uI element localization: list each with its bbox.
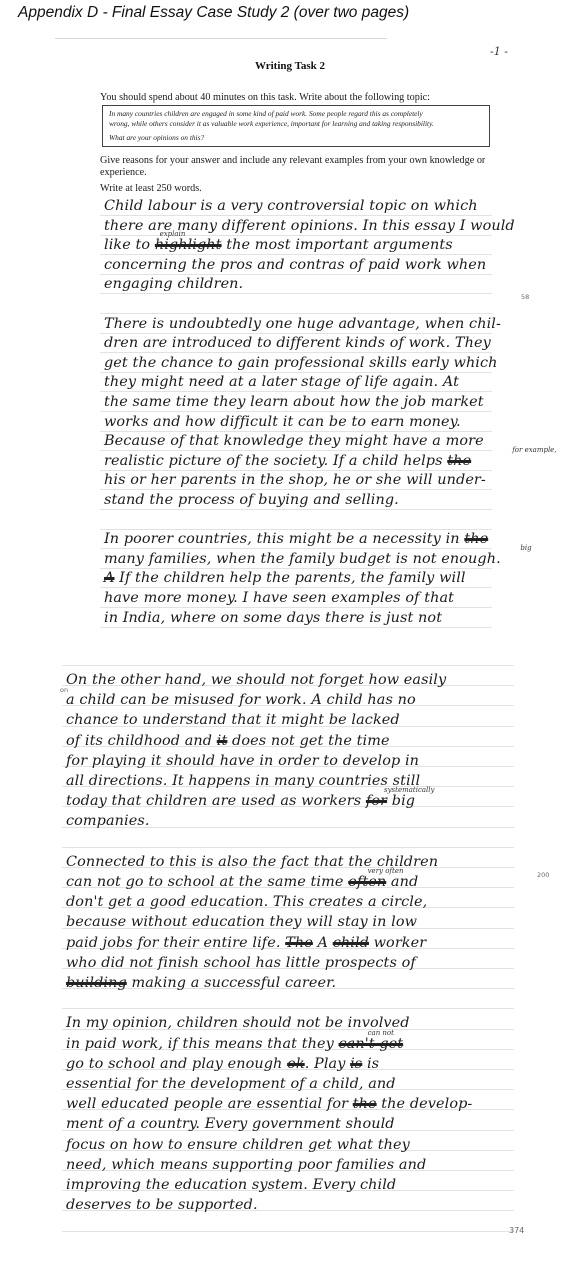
- essay-line: chance to understand that it might be la…: [66, 712, 400, 728]
- essay-line: can not go to school at the same time of…: [66, 874, 418, 890]
- ruled-line: [62, 847, 514, 848]
- essay-text: the same time they learn about how the j…: [104, 394, 484, 410]
- essay-text: If the children help the parents, the fa…: [115, 570, 466, 586]
- ruled-line: [100, 548, 492, 549]
- essay-text: dren are introduced to different kinds o…: [104, 335, 491, 351]
- ruled-line: [100, 391, 492, 392]
- essay-text: making a successful career.: [127, 975, 336, 991]
- essay-line: have more money. I have seen examples of…: [104, 590, 454, 606]
- essay-line: Because of that knowledge they might hav…: [104, 433, 484, 449]
- essay-line: in India, where on some days there is ju…: [104, 610, 442, 626]
- essay-line: because without education they will stay…: [66, 914, 417, 930]
- margin-note-word-count: 374: [509, 1226, 524, 1235]
- crossed-out-word: the: [464, 531, 488, 547]
- essay-text: of its childhood and: [66, 733, 217, 749]
- crossed-out-word: for: [366, 793, 387, 809]
- essay-line: focus on how to ensure children get what…: [66, 1137, 410, 1153]
- essay-text: need, which means supporting poor famili…: [66, 1157, 426, 1173]
- crossed-out-word: the: [353, 1096, 377, 1112]
- essay-text: all directions. It happens in many count…: [66, 773, 420, 789]
- ruled-line: [62, 665, 514, 666]
- essay-text: who did not finish school has little pro…: [66, 955, 416, 971]
- ruled-line: [100, 587, 492, 588]
- inserted-correction: systematically: [384, 786, 434, 794]
- essay-text: because without education they will stay…: [66, 914, 417, 930]
- inserted-correction: for example,: [512, 446, 556, 454]
- essay-text: can not go to school at the same time: [66, 874, 348, 890]
- essay-line: the same time they learn about how the j…: [104, 394, 484, 410]
- essay-line: go to school and play enough ok. Play is…: [66, 1056, 379, 1072]
- essay-text: big: [387, 793, 415, 809]
- crossed-out-word: often: [348, 874, 386, 890]
- ruled-line: [100, 509, 492, 510]
- reasons-line-2: experience.: [100, 167, 485, 179]
- essay-line: deserves to be supported.: [66, 1197, 258, 1213]
- essay-line: for playing it should have in order to d…: [66, 753, 419, 769]
- ruled-line: [100, 352, 492, 353]
- essay-line: stand the process of buying and selling.: [104, 492, 399, 508]
- essay-line: get the chance to gain professional skil…: [104, 355, 498, 371]
- essay-line: engaging children.: [104, 276, 243, 292]
- scan-top-divider: [55, 38, 387, 39]
- essay-text: In my opinion, children should not be in…: [66, 1015, 410, 1031]
- inserted-correction: very often: [368, 867, 404, 875]
- prompt-line-1: In many countries children are engaged i…: [109, 109, 483, 119]
- crossed-out-word: can't get: [339, 1036, 404, 1052]
- essay-line: In poorer countries, this might be a nec…: [104, 531, 488, 547]
- essay-line: who did not finish school has little pro…: [66, 955, 416, 971]
- essay-text: In poorer countries, this might be a nec…: [104, 531, 464, 547]
- essay-text: they might need at a later stage of life…: [104, 374, 459, 390]
- essay-text: don't get a good education. This creates…: [66, 894, 427, 910]
- inserted-correction: explain: [160, 230, 186, 238]
- crossed-out-word: building: [66, 975, 127, 991]
- essay-text: paid jobs for their entire life.: [66, 935, 285, 951]
- essay-line: like to highlight the most important arg…: [104, 237, 453, 253]
- essay-text: like to: [104, 237, 155, 253]
- ruled-line: [100, 333, 492, 334]
- reasons-instruction: Give reasons for your answer and include…: [100, 155, 485, 179]
- essay-line: works and how difficult it can be to ear…: [104, 414, 461, 430]
- ruled-line: [100, 372, 492, 373]
- ruled-line: [100, 293, 492, 294]
- essay-text: well educated people are essential for: [66, 1096, 353, 1112]
- essay-line: On the other hand, we should not forget …: [66, 672, 446, 688]
- margin-note-58: 58: [521, 293, 529, 301]
- essay-line: they might need at a later stage of life…: [104, 374, 459, 390]
- essay-text: worker: [369, 935, 426, 951]
- essay-text: many families, when the family budget is…: [104, 551, 501, 567]
- essay-text: have more money. I have seen examples of…: [104, 590, 454, 606]
- essay-text: . Play: [305, 1056, 350, 1072]
- crossed-out-word: The: [285, 935, 313, 951]
- essay-line: today that children are used as workers …: [66, 793, 415, 809]
- essay-text: improving the education system. Every ch…: [66, 1177, 396, 1193]
- crossed-out-word: child: [333, 935, 369, 951]
- essay-text: go to school and play enough: [66, 1056, 287, 1072]
- essay-line: ment of a country. Every government shou…: [66, 1116, 395, 1132]
- ruled-line: [100, 529, 492, 530]
- essay-text: deserves to be supported.: [66, 1197, 258, 1213]
- essay-text: ment of a country. Every government shou…: [66, 1116, 395, 1132]
- essay-text: On the other hand, we should not forget …: [66, 672, 446, 688]
- ruled-line: [100, 568, 492, 569]
- essay-text: the most important arguments: [222, 237, 453, 253]
- essay-line: There is undoubtedly one huge advantage,…: [104, 316, 501, 332]
- essay-text: is: [362, 1056, 379, 1072]
- appendix-title: Appendix D - Final Essay Case Study 2 (o…: [18, 4, 409, 22]
- task-heading: Writing Task 2: [0, 60, 580, 72]
- essay-line: realistic picture of the society. If a c…: [104, 453, 471, 469]
- ruled-line: [62, 1008, 514, 1009]
- essay-text: A: [313, 935, 333, 951]
- essay-line: a child can be misused for work. A child…: [66, 692, 416, 708]
- ruled-line: [100, 313, 492, 314]
- ruled-line: [100, 607, 492, 608]
- essay-text: the develop-: [377, 1096, 473, 1112]
- ruled-line: [100, 470, 492, 471]
- essay-text: focus on how to ensure children get what…: [66, 1137, 410, 1153]
- essay-text: in India, where on some days there is ju…: [104, 610, 442, 626]
- essay-text: Child labour is a very controversial top…: [104, 198, 478, 214]
- ruled-line: [100, 411, 492, 412]
- essay-text: works and how difficult it can be to ear…: [104, 414, 461, 430]
- essay-text: realistic picture of the society. If a c…: [104, 453, 447, 469]
- essay-line: companies.: [66, 813, 150, 829]
- essay-text: a child can be misused for work. A child…: [66, 692, 416, 708]
- essay-line: Child labour is a very controversial top…: [104, 198, 478, 214]
- crossed-out-word: A: [104, 570, 115, 586]
- crossed-out-word: ok: [287, 1056, 305, 1072]
- margin-note-200: 200: [537, 871, 549, 879]
- essay-line: concerning the pros and contras of paid …: [104, 257, 486, 273]
- essay-line: essential for the development of a child…: [66, 1076, 396, 1092]
- margin-note-on: on: [60, 686, 68, 694]
- crossed-out-word: highlight: [155, 237, 222, 253]
- essay-text: his or her parents in the shop, he or sh…: [104, 472, 486, 488]
- essay-text: essential for the development of a child…: [66, 1076, 396, 1092]
- ruled-line: [100, 450, 492, 451]
- essay-text: There is undoubtedly one huge advantage,…: [104, 316, 501, 332]
- essay-text: for playing it should have in order to d…: [66, 753, 419, 769]
- essay-line: In my opinion, children should not be in…: [66, 1015, 410, 1031]
- essay-line: need, which means supporting poor famili…: [66, 1157, 426, 1173]
- essay-line: dren are introduced to different kinds o…: [104, 335, 491, 351]
- ruled-line: [100, 254, 492, 255]
- page-number: -1 -: [490, 45, 508, 58]
- prompt-box: In many countries children are engaged i…: [102, 105, 490, 147]
- essay-line: improving the education system. Every ch…: [66, 1177, 396, 1193]
- essay-text: get the chance to gain professional skil…: [104, 355, 498, 371]
- essay-text: and: [386, 874, 418, 890]
- essay-line: paid jobs for their entire life. The A c…: [66, 935, 426, 951]
- ruled-line: [100, 431, 492, 432]
- ruled-line: [100, 215, 492, 216]
- ruled-line: [62, 1231, 514, 1232]
- essay-line: building making a successful career.: [66, 975, 336, 991]
- crossed-out-word: the: [447, 453, 471, 469]
- ruled-line: [100, 274, 492, 275]
- essay-text: stand the process of buying and selling.: [104, 492, 399, 508]
- essay-text: today that children are used as workers: [66, 793, 366, 809]
- essay-text: does not get the time: [227, 733, 389, 749]
- ruled-line: [100, 627, 492, 628]
- essay-text: Because of that knowledge they might hav…: [104, 433, 484, 449]
- essay-text: companies.: [66, 813, 150, 829]
- inserted-correction: big: [520, 544, 531, 552]
- crossed-out-word: is: [350, 1056, 362, 1072]
- inserted-correction: can not: [368, 1029, 394, 1037]
- essay-line: well educated people are essential for t…: [66, 1096, 472, 1112]
- essay-line: don't get a good education. This creates…: [66, 894, 427, 910]
- essay-line: A If the children help the parents, the …: [104, 570, 466, 586]
- word-limit: Write at least 250 words.: [100, 183, 202, 195]
- essay-line: of its childhood and it does not get the…: [66, 733, 390, 749]
- essay-line: his or her parents in the shop, he or sh…: [104, 472, 486, 488]
- essay-text: concerning the pros and contras of paid …: [104, 257, 486, 273]
- essay-text: chance to understand that it might be la…: [66, 712, 400, 728]
- essay-text: in paid work, if this means that they: [66, 1036, 339, 1052]
- task-instruction: You should spend about 40 minutes on thi…: [100, 92, 430, 104]
- essay-line: in paid work, if this means that they ca…: [66, 1036, 403, 1052]
- essay-text: engaging children.: [104, 276, 243, 292]
- essay-line: all directions. It happens in many count…: [66, 773, 420, 789]
- essay-line: many families, when the family budget is…: [104, 551, 501, 567]
- prompt-question: What are your opinions on this?: [109, 133, 483, 143]
- ruled-line: [100, 489, 492, 490]
- crossed-out-word: it: [217, 733, 228, 749]
- reasons-line-1: Give reasons for your answer and include…: [100, 155, 485, 167]
- prompt-line-2: wrong, while others consider it as valua…: [109, 119, 483, 129]
